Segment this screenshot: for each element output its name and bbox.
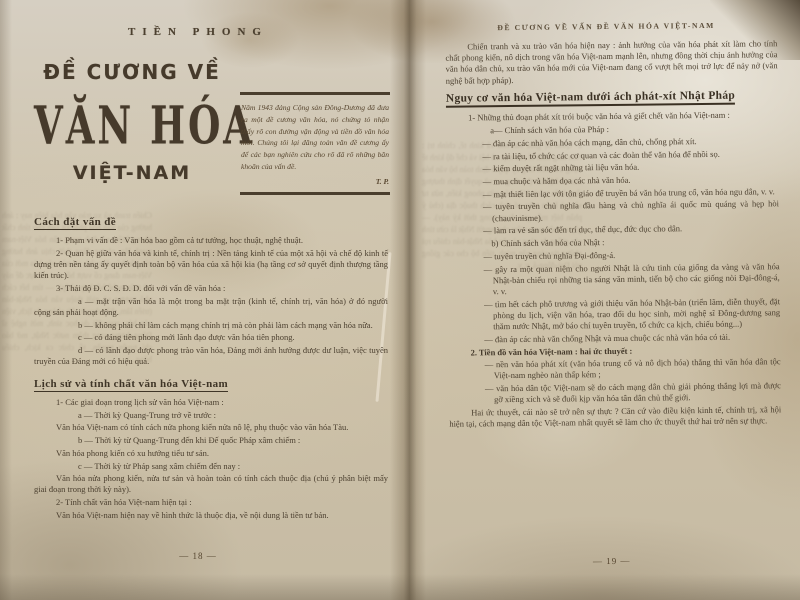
paragraph: c — có đảng tiên phong mới lãnh đạo được… (34, 332, 388, 343)
list-item: — văn hóa dân tộc Việt-nam sẽ do cách mạ… (485, 380, 781, 406)
paragraph: 1- Các giai đoạn trong lịch sử văn hóa V… (34, 397, 388, 408)
list-item: — đàn áp các nhà văn hóa cách mạng, dân … (482, 135, 778, 149)
list-item: — kiểm duyệt rất ngặt những tài liệu văn… (483, 160, 779, 174)
magazine-name-header: TIỀN PHONG (0, 26, 396, 38)
list-item: — tuyên truyền chủ nghĩa đầu hàng và chủ… (483, 199, 779, 225)
paragraph: Văn hóa nửa phong kiến, nửa tư sản và ho… (34, 473, 388, 495)
list-item: — làm ra vẻ săn sóc đến trí dục, thể dục… (483, 223, 779, 237)
paragraph: c — Thời kỳ từ Pháp sang xâm chiếm đến n… (34, 461, 388, 472)
list-item: — nền văn hóa phát xít (văn hóa trung cổ… (485, 356, 781, 382)
paragraph: b — Thời kỳ từ Quang-Trung đến khi Đế qu… (34, 435, 388, 446)
article-title-block: ĐỀ CƯƠNG VỀ VĂN HÓA VIỆT-NAM (34, 60, 230, 184)
list-item: — mua chuộc và hăm dọa các nhà văn hóa. (483, 173, 779, 187)
list-item: — mật thiết liên lạc với tôn giáo để tru… (483, 186, 779, 200)
paragraph: a — mặt trận văn hóa là một trong ba mặt… (34, 296, 388, 318)
paragraph: d — có lãnh đạo được phong trào văn hóa,… (34, 345, 388, 367)
page-number-left: — 18 — (0, 551, 396, 561)
list-item: — ra tài liệu, tổ chức các cơ quan và cá… (482, 148, 778, 162)
paragraph: Hai ức thuyết, cái nào sẽ trở nên sự thự… (449, 404, 781, 430)
right-page-body: Chiến tranh và xu trào văn hóa hiện nay … (445, 38, 781, 432)
editor-note-box: Năm 1943 đảng Cộng sản Đông-Dương đã đưa… (240, 92, 390, 195)
left-page: TIỀN PHONG ĐỀ CƯƠNG VỀ VĂN HÓA VIỆT-NAM … (0, 0, 396, 600)
running-header: ĐỀ CƯƠNG VỀ VẤN ĐỀ VĂN HÓA VIỆT-NAM (417, 20, 795, 33)
paragraph: Chiến tranh và xu trào văn hóa hiện nay … (445, 38, 777, 86)
paragraph: Văn hóa phong kiến có xu hướng tiểu tư s… (34, 448, 388, 459)
list-item: — tìm hết cách phô trương và giới thiệu … (484, 296, 780, 333)
list-item: — gây ra một quan niệm cho người Nhật là… (484, 261, 780, 298)
paragraph: 2- Quan hệ giữa văn hóa và kinh tế, chín… (34, 248, 388, 282)
paragraph: 1- Phạm vi vấn đề : Văn hóa bao gồm cả t… (34, 235, 388, 246)
paragraph: Văn hóa Việt-nam có tính cách nửa phong … (34, 422, 388, 433)
paragraph: 2- Tính chất văn hóa Việt-nam hiện tại : (34, 497, 388, 508)
right-page: ĐỀ CƯƠNG VỀ VẤN ĐỀ VĂN HÓA VIỆT-NAM Chiế… (417, 0, 800, 600)
paragraph: b — không phải chỉ làm cách mạng chính t… (34, 320, 388, 331)
paragraph: Văn hóa Việt-nam hiện nay về hình thức l… (34, 510, 388, 521)
list-item: — tuyên truyền chủ nghĩa Đại-đông-á. (483, 248, 779, 262)
editor-note-text: Năm 1943 đảng Cộng sản Đông-Dương đã đưa… (241, 102, 389, 173)
paragraph: a — Thời kỳ Quang-Trung trở về trước : (34, 410, 388, 421)
editor-note-signature: T. P. (241, 176, 389, 188)
title-line-1: ĐỀ CƯƠNG VỀ (34, 60, 230, 84)
section-heading-cach-dat-van-de: Cách đặt vấn đề (34, 216, 116, 230)
section-heading-nguy-co: Nguy cơ văn hóa Việt-nam dưới ách phát-x… (446, 90, 735, 108)
left-page-body: Cách đặt vấn đề 1- Phạm vi vấn đề : Văn … (34, 212, 388, 523)
page-number-right: — 19 — (423, 554, 800, 568)
title-line-2: VĂN HÓA (34, 94, 230, 174)
section-heading-lich-su: Lịch sử và tính chất văn hóa Việt-nam (34, 378, 228, 392)
list-item: — đàn áp các nhà văn chống Nhật và mua c… (484, 331, 780, 345)
paragraph: 3- Thái độ Đ. C. S. Đ. D. đối với vấn đề… (34, 283, 388, 294)
